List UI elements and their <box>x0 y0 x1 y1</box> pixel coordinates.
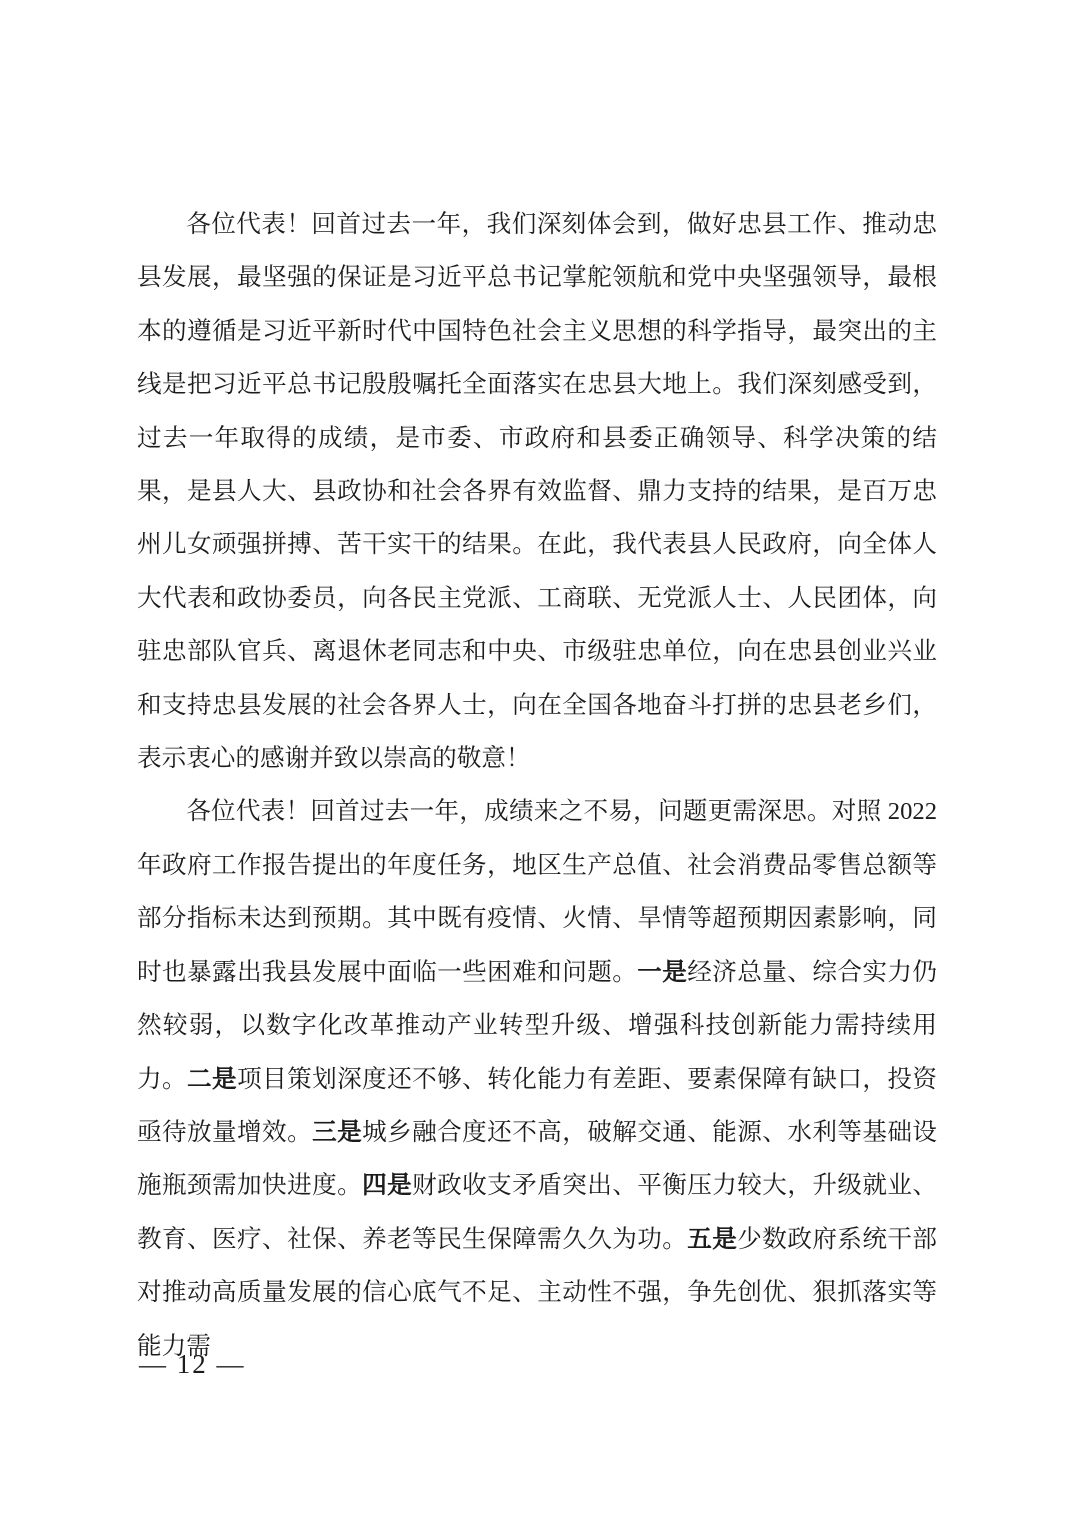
page-number: — 12 — <box>139 1346 246 1382</box>
document-page: 各位代表！回首过去一年，我们深刻体会到，做好忠县工作、推动忠县发展，最坚强的保证… <box>0 0 1074 1520</box>
text-segment: 各位代表！回首过去一年，成绩来之不易，问题更需深思。对照 2022 年政府工作报… <box>137 798 937 985</box>
text-segment-bold-third: 三是 <box>312 1119 362 1146</box>
text-segment: 各位代表！回首过去一年，我们深刻体会到，做好忠县工作、推动忠县发展，最坚强的保证… <box>137 211 937 772</box>
document-body: 各位代表！回首过去一年，我们深刻体会到，做好忠县工作、推动忠县发展，最坚强的保证… <box>137 198 937 1373</box>
text-segment-bold-fifth: 五是 <box>687 1226 737 1253</box>
paragraph-problems-review: 各位代表！回首过去一年，成绩来之不易，问题更需深思。对照 2022 年政府工作报… <box>137 785 937 1372</box>
paragraph-acknowledgement: 各位代表！回首过去一年，我们深刻体会到，做好忠县工作、推动忠县发展，最坚强的保证… <box>137 198 937 785</box>
text-segment-bold-fourth: 四是 <box>362 1172 412 1199</box>
text-segment-bold-second: 二是 <box>187 1066 237 1093</box>
text-segment-bold-first: 一是 <box>637 959 687 986</box>
